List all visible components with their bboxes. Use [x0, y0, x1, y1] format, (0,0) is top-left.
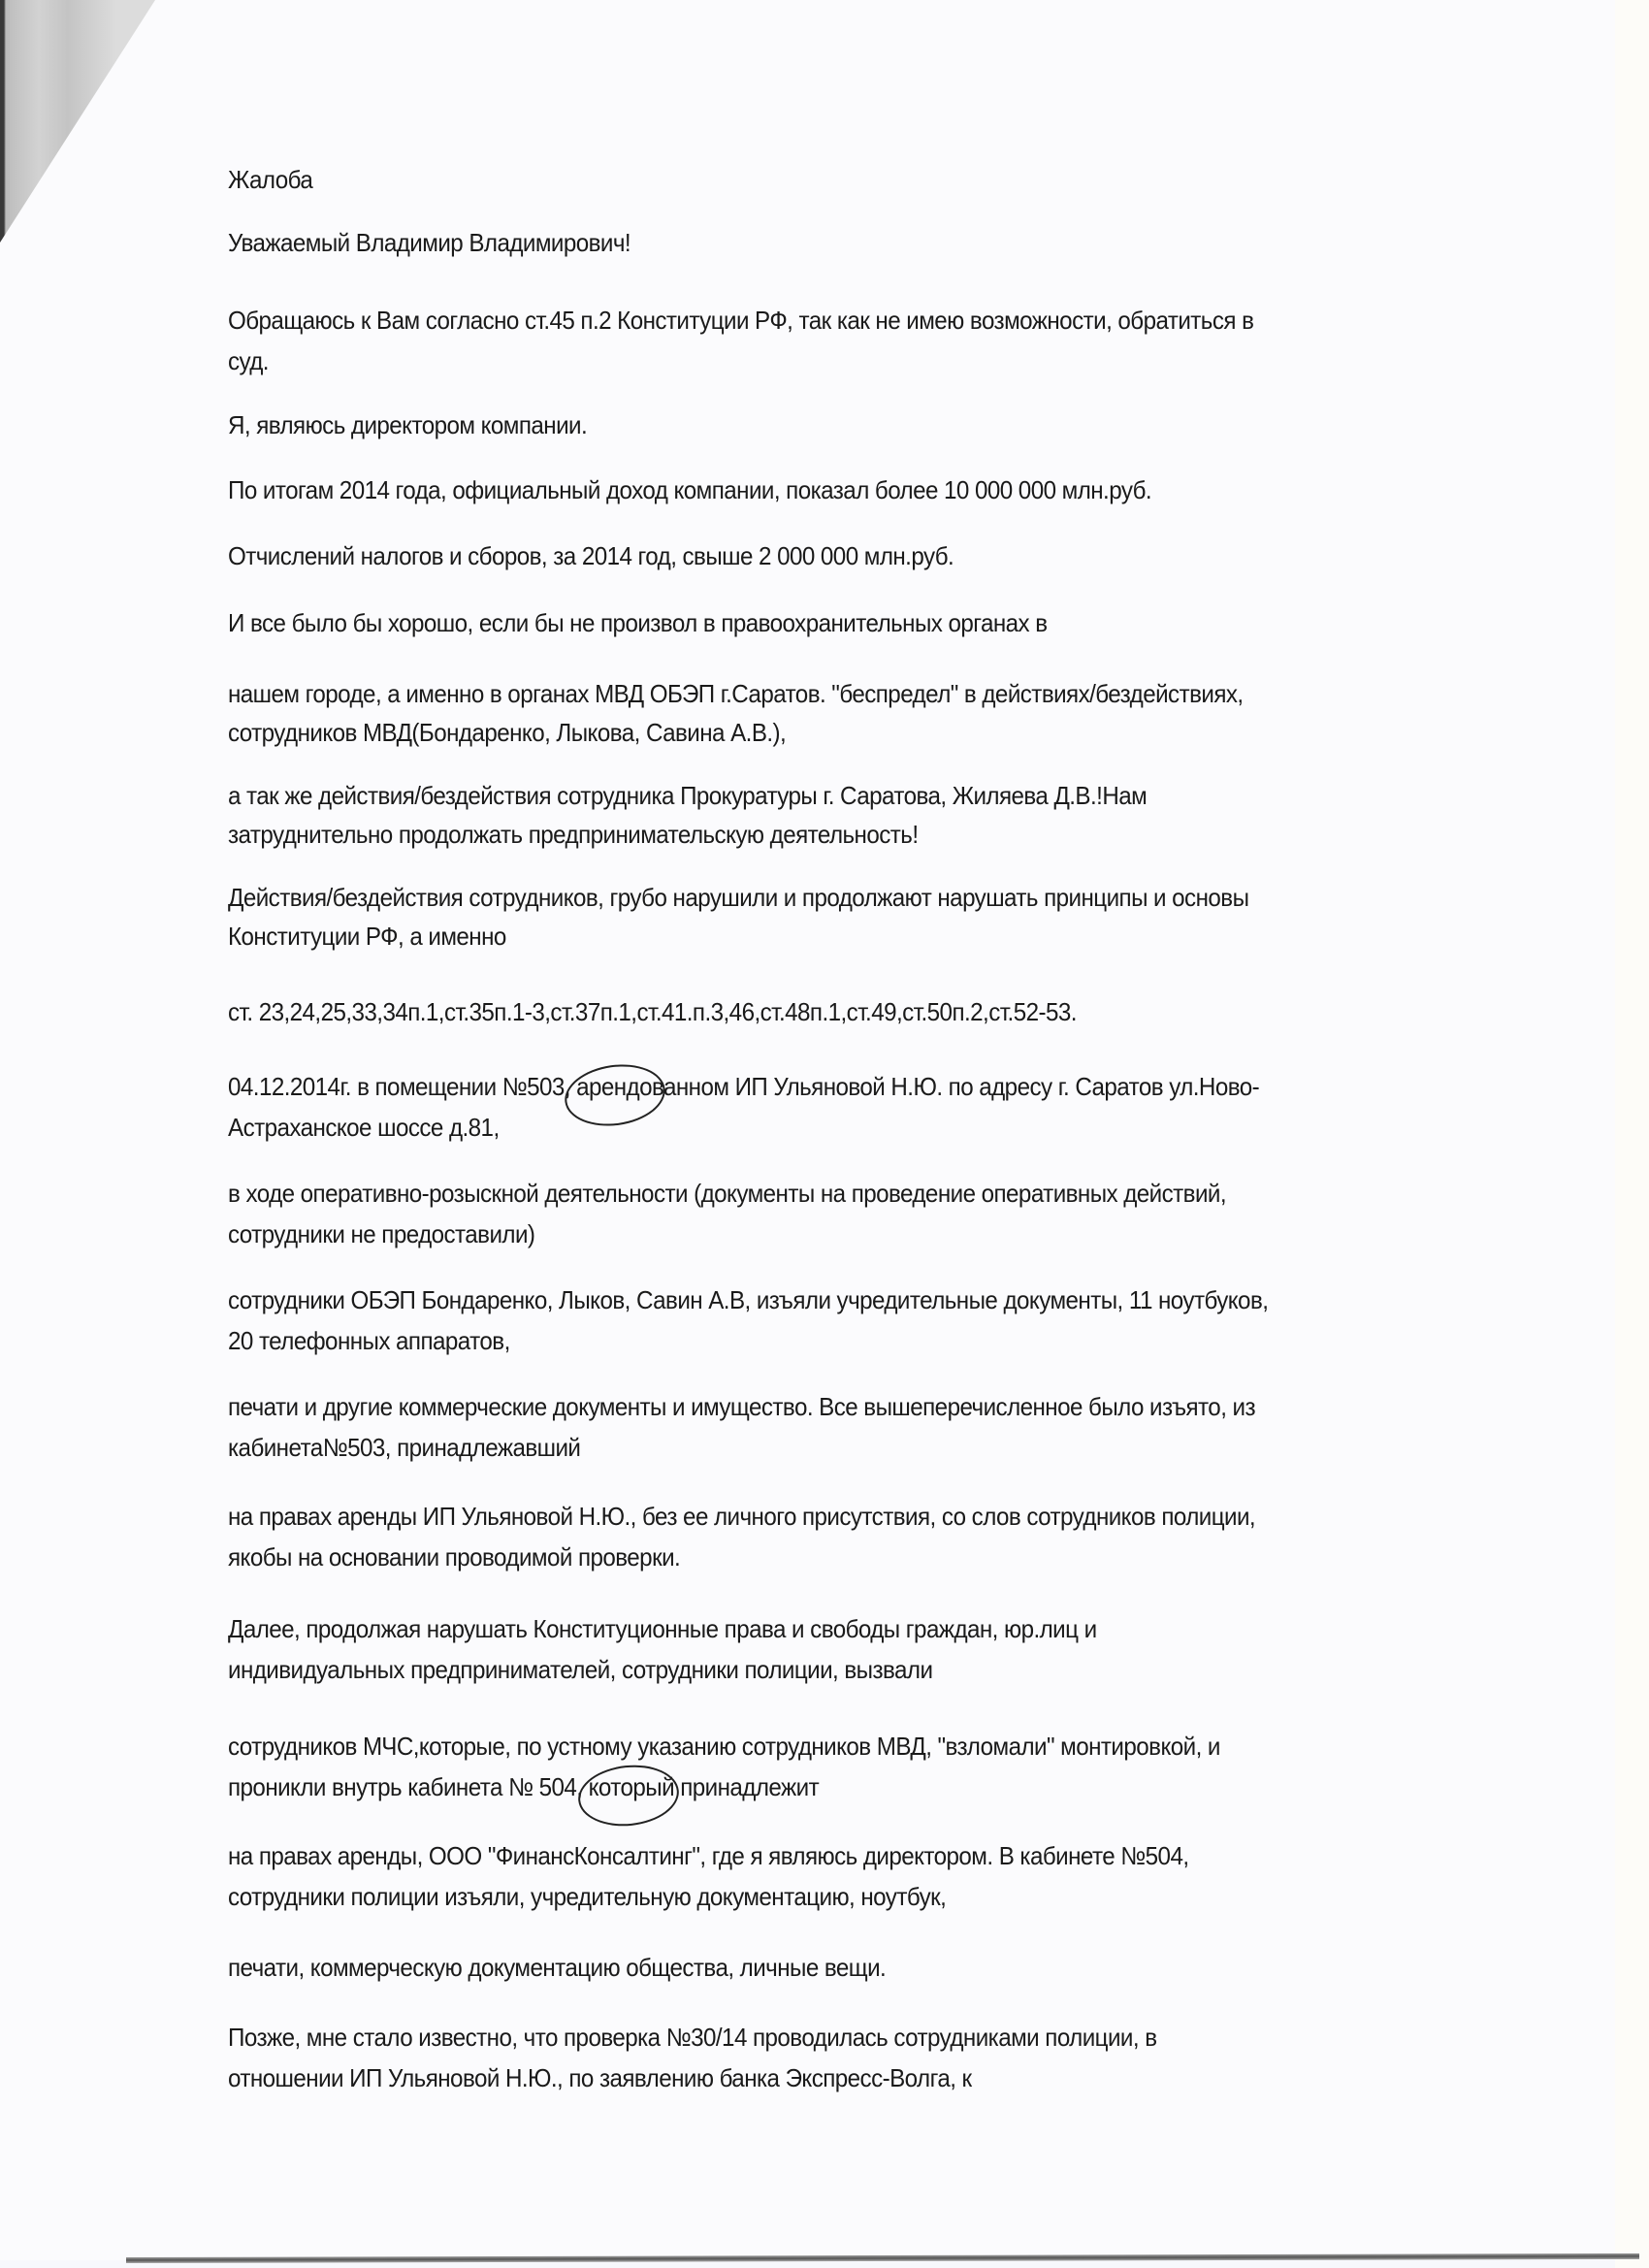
paragraph-line: Позже, мне стало известно, что проверка … — [228, 2023, 1156, 2053]
paragraph-line: печати и другие коммерческие документы и… — [228, 1392, 1255, 1422]
paragraph-line: Отчислений налогов и сборов, за 2014 год… — [228, 541, 954, 571]
paragraph-line: ст. 23,24,25,33,34п.1,ст.35п.1-3,ст.37п.… — [228, 997, 1077, 1027]
paragraph-line: проникли внутрь кабинета № 504, который … — [228, 1772, 819, 1802]
paragraph-line: Обращаюсь к Вам согласно ст.45 п.2 Конст… — [228, 306, 1253, 336]
paragraph-line: нашем городе, а именно в органах МВД ОБЭ… — [228, 679, 1244, 709]
paragraph-line: а так же действия/бездействия сотрудника… — [228, 781, 1147, 811]
paragraph-line: Конституции РФ, а именно — [228, 922, 506, 952]
paragraph-line: сотрудников МВД(Бондаренко, Лыкова, Сави… — [228, 718, 786, 748]
paragraph-line: сотрудники полиции изъяли, учредительную… — [228, 1882, 946, 1912]
paragraph-line: печати, коммерческую документацию общест… — [228, 1953, 886, 1983]
paragraph-line: в ходе оперативно-розыскной деятельности… — [228, 1179, 1226, 1209]
paragraph-line: суд. — [228, 346, 269, 376]
paragraph-line: 04.12.2014г. в помещении №503, арендован… — [228, 1072, 1259, 1102]
paragraph-line: индивидуальных предпринимателей, сотрудн… — [228, 1655, 932, 1685]
paragraph-line: отношении ИП Ульяновой Н.Ю., по заявлени… — [228, 2063, 972, 2093]
paragraph-line: кабинета№503, принадлежавший — [228, 1433, 580, 1463]
paragraph-line: Я, являюсь директором компании. — [228, 410, 587, 440]
paragraph-line: на правах аренды, ООО "ФинансКонсалтинг"… — [228, 1841, 1189, 1871]
paragraph-line: Астраханское шоссе д.81, — [228, 1113, 500, 1143]
paragraph-line: сотрудников МЧС,которые, по устному указ… — [228, 1732, 1220, 1762]
greeting: Уважаемый Владимир Владимирович! — [228, 228, 630, 258]
paragraph-line: на правах аренды ИП Ульяновой Н.Ю., без … — [228, 1502, 1255, 1532]
paragraph-line: якобы на основании проводимой проверки. — [228, 1542, 680, 1572]
paragraph-line: По итогам 2014 года, официальный доход к… — [228, 475, 1151, 505]
paragraph-line: И все было бы хорошо, если бы не произво… — [228, 608, 1048, 638]
paragraph-line: Действия/бездействия сотрудников, грубо … — [228, 883, 1248, 913]
paragraph-line: сотрудники ОБЭП Бондаренко, Лыков, Савин… — [228, 1285, 1268, 1315]
paragraph-line: Далее, продолжая нарушать Конституционны… — [228, 1614, 1097, 1644]
paragraph-line: 20 телефонных аппаратов, — [228, 1326, 510, 1356]
scan-edge-strip — [1615, 0, 1649, 2268]
document-title: Жалоба — [228, 165, 312, 195]
paragraph-line: затруднительно продолжать предпринимател… — [228, 820, 918, 850]
paragraph-line: сотрудники не предоставили) — [228, 1219, 534, 1249]
